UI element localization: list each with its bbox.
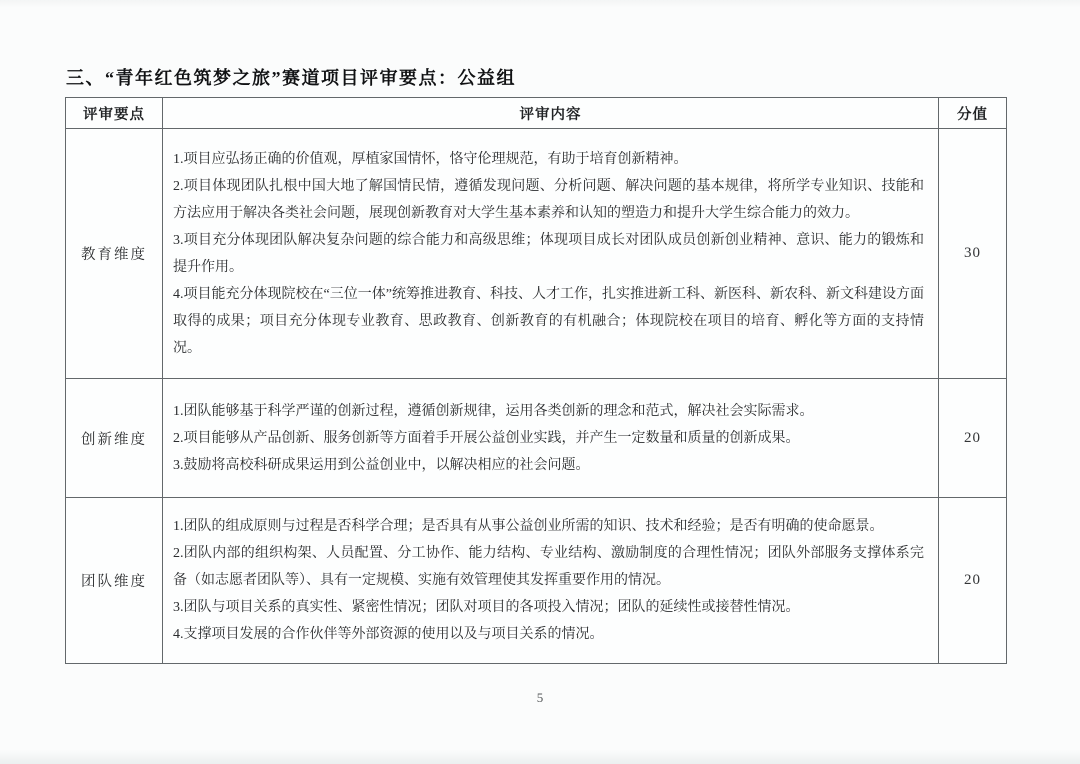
criteria-cell: 1.项目应弘扬正确的价值观，厚植家国情怀，恪守伦理规范，有助于培育创新精神。2.… [163,129,939,379]
header-score: 分值 [939,98,1007,129]
header-review-points: 评审要点 [66,98,163,129]
page-title: 三、“青年红色筑梦之旅”赛道项目评审要点：公益组 [66,64,516,90]
table-row: 创新维度1.团队能够基于科学严谨的创新过程，遵循创新规律，运用各类创新的理念和范… [66,379,1007,498]
criteria-item: 1.团队的组成原则与过程是否科学合理；是否具有从事公益创业所需的知识、技术和经验… [173,513,924,540]
page-number: 5 [0,690,1080,706]
table-row: 团队维度1.团队的组成原则与过程是否科学合理；是否具有从事公益创业所需的知识、技… [66,498,1007,664]
criteria-item: 2.项目能够从产品创新、服务创新等方面着手开展公益创业实践，并产生一定数量和质量… [173,425,924,452]
criteria-item: 4.项目能充分体现院校在“三位一体”统筹推进教育、科技、人才工作，扎实推进新工科… [173,281,924,362]
score-value: 20 [939,379,1007,498]
criteria-item: 2.团队内部的组织构架、人员配置、分工协作、能力结构、专业结构、激励制度的合理性… [173,540,924,594]
dimension-label: 创新维度 [66,379,163,498]
criteria-item: 3.鼓励将高校科研成果运用到公益创业中，以解决相应的社会问题。 [173,452,924,479]
criteria-cell: 1.团队能够基于科学严谨的创新过程，遵循创新规律，运用各类创新的理念和范式，解决… [163,379,939,498]
evaluation-table: 评审要点 评审内容 分值 教育维度1.项目应弘扬正确的价值观，厚植家国情怀，恪守… [65,97,1007,664]
dimension-label: 团队维度 [66,498,163,664]
scan-artifact-top [0,0,1080,8]
criteria-cell: 1.团队的组成原则与过程是否科学合理；是否具有从事公益创业所需的知识、技术和经验… [163,498,939,664]
score-value: 30 [939,129,1007,379]
criteria-item: 3.项目充分体现团队解决复杂问题的综合能力和高级思维；体现项目成长对团队成员创新… [173,227,924,281]
criteria-item: 1.项目应弘扬正确的价值观，厚植家国情怀，恪守伦理规范，有助于培育创新精神。 [173,146,924,173]
header-review-content: 评审内容 [163,98,939,129]
criteria-item: 3.团队与项目关系的真实性、紧密性情况；团队对项目的各项投入情况；团队的延续性或… [173,594,924,621]
table-row: 教育维度1.项目应弘扬正确的价值观，厚植家国情怀，恪守伦理规范，有助于培育创新精… [66,129,1007,379]
scan-artifact-bottom [0,750,1080,764]
criteria-item: 2.项目体现团队扎根中国大地了解国情民情，遵循发现问题、分析问题、解决问题的基本… [173,173,924,227]
score-value: 20 [939,498,1007,664]
table-header-row: 评审要点 评审内容 分值 [66,98,1007,129]
criteria-item: 4.支撑项目发展的合作伙伴等外部资源的使用以及与项目关系的情况。 [173,621,924,648]
criteria-item: 1.团队能够基于科学严谨的创新过程，遵循创新规律，运用各类创新的理念和范式，解决… [173,398,924,425]
dimension-label: 教育维度 [66,129,163,379]
